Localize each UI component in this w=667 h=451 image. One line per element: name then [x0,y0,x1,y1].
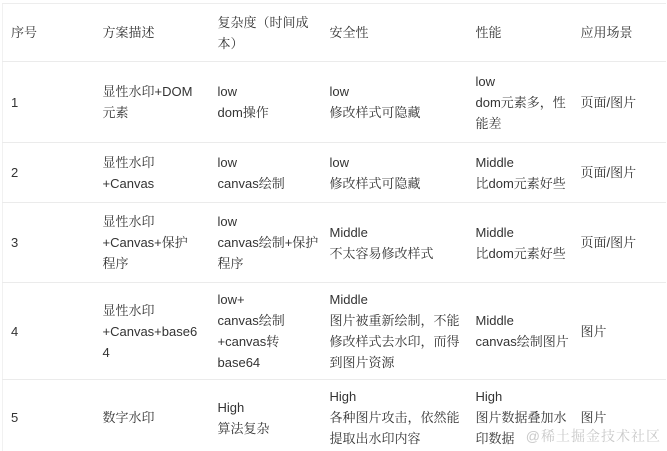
cell-line: 修改样式可隐藏 [330,102,462,123]
cell-line: Middle [476,222,571,243]
cell-line: low [218,152,322,173]
cell-line: 比dom元素好些 [476,173,571,194]
table-header: 序号 方案描述 复杂度（时间成本） 安全性 性能 应用场景 [3,4,666,62]
cell-line: 图片 [581,407,662,428]
cell-line: 图片数据叠加水印数据 [476,407,571,449]
cell-security: Middle不太容易修改样式 [330,203,476,283]
header-cell-serial: 序号 [3,4,103,62]
header-cell-description: 方案描述 [103,4,218,62]
cell-line: 3 [11,232,89,253]
cell-line: 5 [11,407,89,428]
cell-line: 图片 [581,321,662,342]
table-body: 1 显性水印+DOM元素 lowdom操作 low修改样式可隐藏 lowdom元… [3,62,666,451]
cell-line: low [476,71,571,92]
cell-performance: Middle比dom元素好些 [476,203,581,283]
cell-complexity: lowcanvas绘制+保护程序 [218,203,330,283]
table-row: 1 显性水印+DOM元素 lowdom操作 low修改样式可隐藏 lowdom元… [3,62,666,143]
cell-description: 显性水印+DOM元素 [103,62,218,143]
cell-line: High [218,397,322,418]
cell-line: low [218,211,322,232]
header-cell-complexity: 复杂度（时间成本） [218,4,330,62]
cell-scenario: 页面/图片 [581,203,666,283]
cell-security: High各种图片攻击，依然能提取出水印内容 [330,380,476,451]
cell-line: 显性水印+Canvas [103,152,200,194]
cell-security: low修改样式可隐藏 [330,143,476,203]
cell-line: 页面/图片 [581,162,662,183]
cell-scenario: 图片 [581,283,666,380]
cell-scenario: 页面/图片 [581,143,666,203]
cell-line: canvas绘制图片 [476,331,571,352]
cell-line: canvas绘制+canvas转base64 [218,310,322,373]
header-cell-performance: 性能 [476,4,581,62]
cell-complexity: lowdom操作 [218,62,330,143]
cell-line: 4 [11,321,89,342]
cell-line: canvas绘制+保护程序 [218,232,322,274]
cell-line: 图片被重新绘制，不能修改样式去水印，而得到图片资源 [330,310,462,373]
table-row: 2 显性水印+Canvas lowcanvas绘制 low修改样式可隐藏 Mid… [3,143,666,203]
cell-security: Middle图片被重新绘制，不能修改样式去水印，而得到图片资源 [330,283,476,380]
cell-serial: 5 [3,380,103,451]
cell-line: 显性水印+DOM元素 [103,81,200,123]
cell-complexity: High算法复杂 [218,380,330,451]
cell-line: 显性水印+Canvas+base64 [103,300,200,363]
cell-line: Middle [330,222,462,243]
cell-line: 算法复杂 [218,418,322,439]
cell-line: 不太容易修改样式 [330,243,462,264]
cell-line: Middle [476,152,571,173]
cell-line: 显性水印+Canvas+保护程序 [103,211,200,274]
cell-line: low [218,81,322,102]
cell-description: 显性水印+Canvas+base64 [103,283,218,380]
cell-performance: High图片数据叠加水印数据 [476,380,581,451]
cell-serial: 3 [3,203,103,283]
cell-line: 页面/图片 [581,232,662,253]
cell-line: Middle [476,310,571,331]
cell-line: 比dom元素好些 [476,243,571,264]
cell-performance: lowdom元素多，性能差 [476,62,581,143]
cell-description: 显性水印+Canvas+保护程序 [103,203,218,283]
cell-description: 数字水印 [103,380,218,451]
cell-line: canvas绘制 [218,173,322,194]
cell-complexity: low+canvas绘制+canvas转base64 [218,283,330,380]
cell-serial: 2 [3,143,103,203]
cell-description: 显性水印+Canvas [103,143,218,203]
cell-line: 1 [11,92,89,113]
cell-performance: Middlecanvas绘制图片 [476,283,581,380]
cell-line: 修改样式可隐藏 [330,173,462,194]
cell-serial: 1 [3,62,103,143]
cell-line: High [330,386,462,407]
table-row: 3 显性水印+Canvas+保护程序 lowcanvas绘制+保护程序 Midd… [3,203,666,283]
cell-security: low修改样式可隐藏 [330,62,476,143]
cell-complexity: lowcanvas绘制 [218,143,330,203]
header-cell-security: 安全性 [330,4,476,62]
table-row: 5 数字水印 High算法复杂 High各种图片攻击，依然能提取出水印内容 Hi… [3,380,666,451]
cell-line: 各种图片攻击，依然能提取出水印内容 [330,407,462,449]
cell-line: 2 [11,162,89,183]
cell-serial: 4 [3,283,103,380]
table-row: 4 显性水印+Canvas+base64 low+canvas绘制+canvas… [3,283,666,380]
cell-scenario: 图片 [581,380,666,451]
cell-performance: Middle比dom元素好些 [476,143,581,203]
cell-line: low [330,152,462,173]
cell-line: High [476,386,571,407]
header-row: 序号 方案描述 复杂度（时间成本） 安全性 性能 应用场景 [3,4,666,62]
cell-line: low [330,81,462,102]
cell-line: 数字水印 [103,407,200,428]
cell-line: dom操作 [218,102,322,123]
cell-line: dom元素多，性能差 [476,92,571,134]
watermark-comparison-table: 序号 方案描述 复杂度（时间成本） 安全性 性能 应用场景 1 显性水印+DOM… [2,3,666,451]
cell-line: Middle [330,289,462,310]
cell-scenario: 页面/图片 [581,62,666,143]
cell-line: low+ [218,289,322,310]
cell-line: 页面/图片 [581,92,662,113]
header-cell-scenario: 应用场景 [581,4,666,62]
